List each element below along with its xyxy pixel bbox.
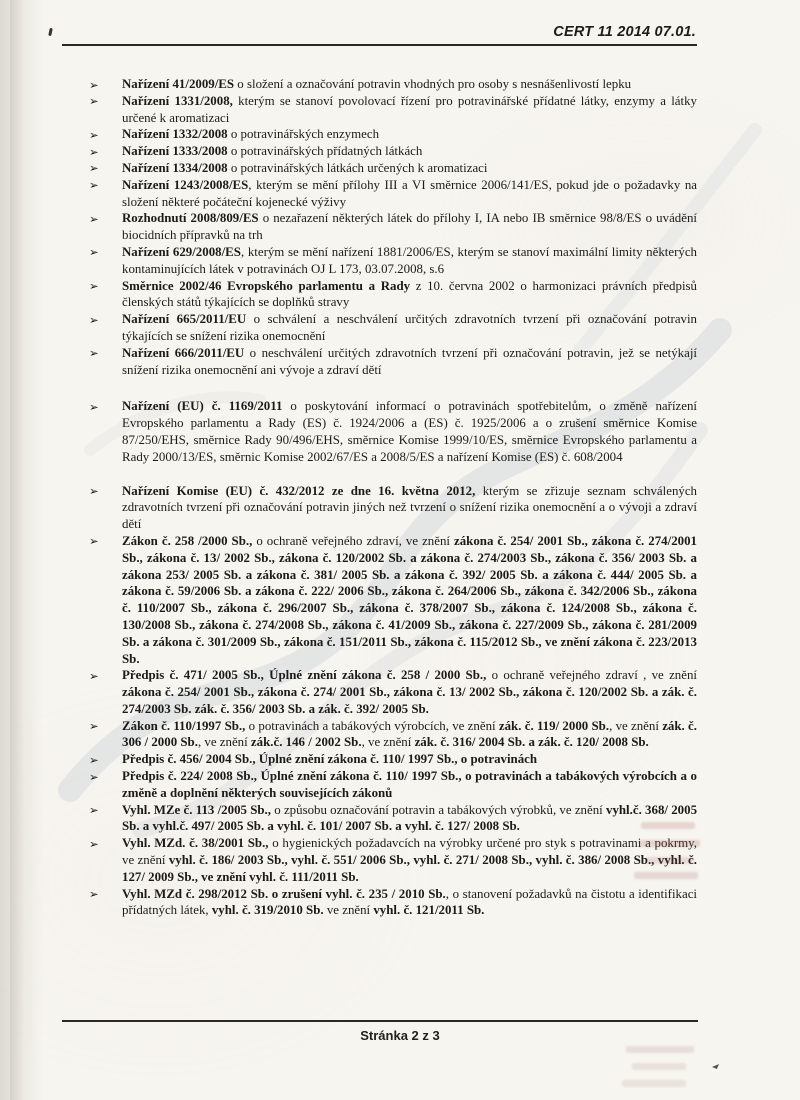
list-item: ➢Zákon č. 110/1997 Sb., o potravinách a … [88, 718, 697, 752]
list-item: ➢Nařízení 1243/2008/ES, kterým se mění p… [88, 177, 697, 211]
ink-bleed-mark [622, 1080, 686, 1087]
list-item-text: Nařízení 41/2009/ES o složení a označová… [122, 77, 631, 91]
bullet-arrow-icon: ➢ [89, 312, 99, 329]
document-header-code: CERT 11 2014 07.01. [553, 24, 696, 40]
scan-speck [712, 1064, 719, 1069]
ink-bleed-mark [626, 1046, 694, 1053]
list-item-text: Předpis č. 471/ 2005 Sb., Úplné znění zá… [122, 668, 697, 716]
list-item: ➢Vyhl. MZd č. 298/2012 Sb. o zrušení vyh… [88, 886, 697, 920]
bullet-arrow-icon: ➢ [89, 93, 99, 110]
scan-artifact-mark [48, 28, 53, 36]
list-item-text: Vyhl. MZe č. 113 /2005 Sb., o způsobu oz… [122, 803, 697, 834]
list-item: ➢Nařízení 666/2011/EU o neschválení urči… [88, 345, 697, 379]
bullet-arrow-icon: ➢ [89, 483, 99, 500]
list-item-text: Rozhodnutí 2008/809/ES o nezařazení někt… [122, 211, 697, 242]
bullet-arrow-icon: ➢ [89, 244, 99, 261]
header-rule [62, 44, 697, 46]
scanned-document-page: CERT 11 2014 07.01. ➢Nařízení 41/2009/ES… [0, 0, 800, 1100]
list-item: ➢Směrnice 2002/46 Evropského parlamentu … [88, 278, 697, 312]
bullet-arrow-icon: ➢ [89, 160, 99, 177]
list-item-text: Nařízení 1331/2008, kterým se stanoví po… [122, 94, 697, 125]
list-group: ➢Nařízení Komise (EU) č. 432/2012 ze dne… [88, 483, 697, 920]
bullet-arrow-icon: ➢ [89, 345, 99, 362]
bullet-arrow-icon: ➢ [89, 718, 99, 735]
list-group: ➢Nařízení (EU) č. 1169/2011 o poskytován… [88, 398, 697, 465]
list-item-text: Nařízení 1334/2008 o potravinářských lát… [122, 161, 487, 175]
list-item: ➢Nařízení 1332/2008 o potravinářských en… [88, 126, 697, 143]
list-item-text: Vyhl. MZd. č. 38/2001 Sb., o hygienickýc… [122, 836, 697, 884]
bullet-arrow-icon: ➢ [89, 399, 99, 416]
list-item: ➢Vyhl. MZe č. 113 /2005 Sb., o způsobu o… [88, 802, 697, 836]
regulation-list: ➢Nařízení 41/2009/ES o složení a označov… [88, 76, 697, 919]
list-item: ➢Nařízení 41/2009/ES o složení a označov… [88, 76, 697, 93]
list-item: ➢Zákon č. 258 /2000 Sb., o ochraně veřej… [88, 533, 697, 667]
list-item-text: Zákon č. 258 /2000 Sb., o ochraně veřejn… [122, 534, 697, 666]
bullet-arrow-icon: ➢ [89, 668, 99, 685]
list-item: ➢Předpis č. 456/ 2004 Sb., Úplné znění z… [88, 751, 697, 768]
bullet-arrow-icon: ➢ [89, 177, 99, 194]
list-item: ➢Nařízení (EU) č. 1169/2011 o poskytován… [88, 398, 697, 465]
list-item-text: Vyhl. MZd č. 298/2012 Sb. o zrušení vyhl… [122, 887, 697, 918]
list-group: ➢Nařízení 41/2009/ES o složení a označov… [88, 76, 697, 378]
bullet-arrow-icon: ➢ [89, 77, 99, 94]
bullet-arrow-icon: ➢ [89, 752, 99, 769]
list-item-text: Nařízení 665/2011/EU o schválení a nesch… [122, 312, 697, 343]
list-item-text: Nařízení 1332/2008 o potravinářských enz… [122, 127, 379, 141]
bullet-arrow-icon: ➢ [89, 802, 99, 819]
list-item: ➢Nařízení 665/2011/EU o schválení a nesc… [88, 311, 697, 345]
list-item-text: Směrnice 2002/46 Evropského parlamentu a… [122, 279, 697, 310]
list-item-text: Předpis č. 224/ 2008 Sb., Úplné znění zá… [122, 769, 697, 800]
bullet-arrow-icon: ➢ [89, 278, 99, 295]
list-item: ➢Předpis č. 224/ 2008 Sb., Úplné znění z… [88, 768, 697, 802]
list-item-text: Nařízení Komise (EU) č. 432/2012 ze dne … [122, 484, 697, 532]
bullet-arrow-icon: ➢ [89, 533, 99, 550]
list-item: ➢Nařízení Komise (EU) č. 432/2012 ze dne… [88, 483, 697, 533]
bullet-arrow-icon: ➢ [89, 144, 99, 161]
list-item-text: Předpis č. 456/ 2004 Sb., Úplné znění zá… [122, 752, 537, 766]
bullet-arrow-icon: ➢ [89, 769, 99, 786]
scan-edge-shadow [0, 0, 44, 1100]
list-item: ➢Nařízení 1333/2008 o potravinářských př… [88, 143, 697, 160]
list-item: ➢Nařízení 1331/2008, kterým se stanoví p… [88, 93, 697, 127]
bullet-arrow-icon: ➢ [89, 211, 99, 228]
bullet-arrow-icon: ➢ [89, 886, 99, 903]
list-item-text: Nařízení (EU) č. 1169/2011 o poskytování… [122, 399, 697, 463]
scan-edge-shadow-inner [10, 0, 24, 1100]
list-item: ➢Nařízení 629/2008/ES, kterým se mění na… [88, 244, 697, 278]
list-item: ➢Vyhl. MZd. č. 38/2001 Sb., o hygienický… [88, 835, 697, 885]
ink-bleed-mark [632, 1063, 686, 1070]
page-number: Stránka 2 z 3 [0, 1028, 800, 1043]
list-item-text: Zákon č. 110/1997 Sb., o potravinách a t… [122, 719, 697, 750]
list-item: ➢Předpis č. 471/ 2005 Sb., Úplné znění z… [88, 667, 697, 717]
list-item-text: Nařízení 629/2008/ES, kterým se mění nař… [122, 245, 697, 276]
bullet-arrow-icon: ➢ [89, 127, 99, 144]
footer-rule [62, 1020, 698, 1022]
list-item-text: Nařízení 1243/2008/ES, kterým se mění př… [122, 178, 697, 209]
list-item: ➢Rozhodnutí 2008/809/ES o nezařazení něk… [88, 210, 697, 244]
bullet-arrow-icon: ➢ [89, 836, 99, 853]
list-item-text: Nařízení 1333/2008 o potravinářských pří… [122, 144, 422, 158]
list-item: ➢Nařízení 1334/2008 o potravinářských lá… [88, 160, 697, 177]
list-item-text: Nařízení 666/2011/EU o neschválení určit… [122, 346, 697, 377]
